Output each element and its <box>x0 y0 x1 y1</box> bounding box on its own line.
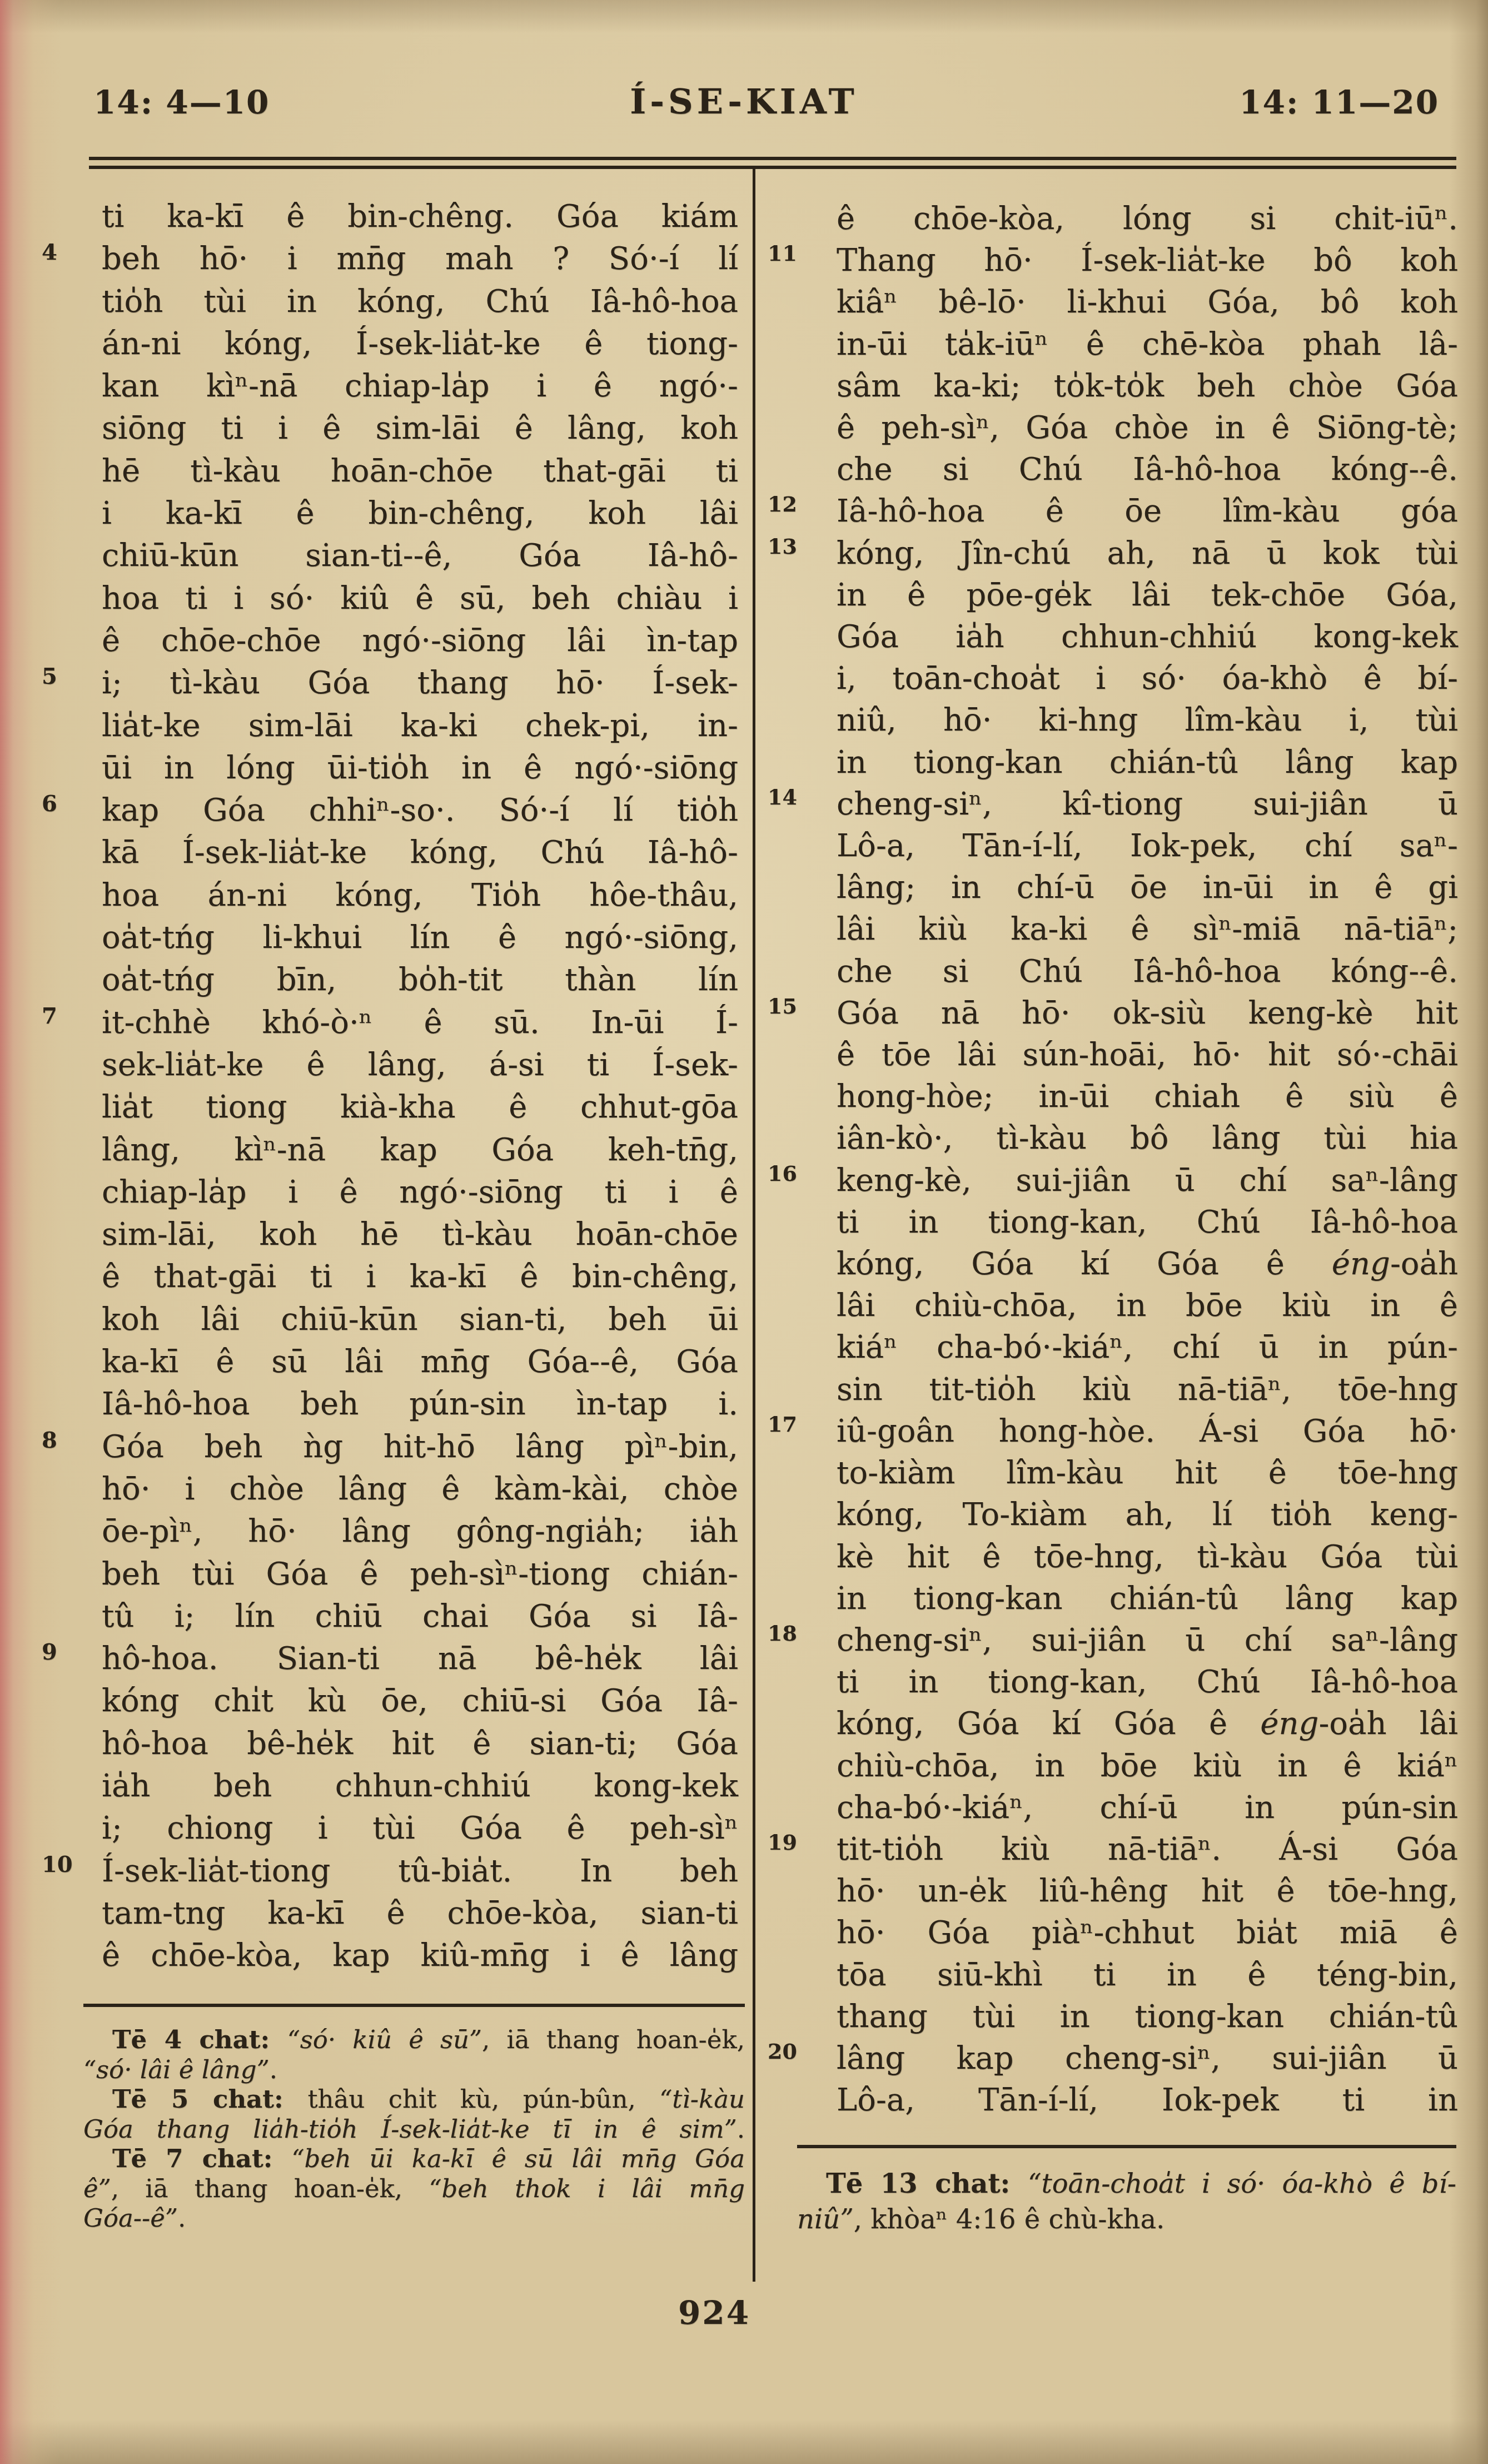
footnote-line: Tē 5 chat: thâu chi̍t kù, pún-bûn, “tì-k… <box>83 2084 745 2114</box>
line-text: kóng, Góa kí Góa ê éng-oa̍h lâi <box>837 1706 1458 1742</box>
scanned-bible-page: 14: 4—10 Í-SE-KIAT 14: 11—20 ti ka-kī ê … <box>0 0 1488 2464</box>
text-segment: thâu chi̍t kù, pún-bûn, <box>307 2084 659 2114</box>
line-text: hô-hoa. Sian-ti nā bê-he̍k lâi <box>102 1641 738 1677</box>
line-text: Góa--ê”. <box>83 2203 186 2233</box>
line-text: kè hit ê tōe-hng, tì-kàu Góa tùi <box>837 1539 1458 1575</box>
text-line: hoa án-ni kóng, Tio̍h hôe-thâu, <box>102 875 738 917</box>
verse-number: 6 <box>42 793 91 815</box>
text-line: sâm ka-ki; to̍k-to̍k beh chòe Góa <box>837 365 1458 407</box>
text-line: 14cheng-siⁿ, kî-tiong sui-jiân ū <box>837 783 1458 825</box>
verse-number: 16 <box>768 1163 823 1184</box>
text-line: kiâⁿ bê-lō· li-khui Góa, bô koh <box>837 281 1458 323</box>
text-line: hō· i chòe lâng ê kàm-kài, chòe <box>102 1468 738 1511</box>
text-line: ōe-pìⁿ, hō· lâng gông-ngia̍h; ia̍h <box>102 1511 738 1553</box>
line-text: keng-kè, sui-jiân ū chí saⁿ-lâng <box>837 1163 1458 1199</box>
line-text: hō· Góa piàⁿ-chhut bia̍t miā ê <box>837 1915 1458 1951</box>
text-line: lia̍t tiong kià-kha ê chhut-gōa <box>102 1086 738 1129</box>
line-text: ê chōe-chōe ngó·-siōng lâi ìn-tap <box>102 623 738 659</box>
text-line: in-ūi ta̍k-iūⁿ ê chē-kòa phah lâ- <box>837 324 1458 365</box>
line-text: Iâ-hô-hoa beh pún-sin ìn-tap i. <box>102 1386 738 1422</box>
line-text: chiap-la̍p i ê ngó·-siōng ti i ê <box>102 1174 738 1210</box>
text-line: lâng; in chí-ū ōe in-ūi in ê gi <box>837 867 1458 908</box>
text-line: 17iû-goân hong-hòe. Á-si Góa hō· <box>837 1410 1458 1452</box>
line-text: tit-tio̍h kiù nā-tiāⁿ. Á-si Góa <box>837 1831 1458 1867</box>
line-text: siōng ti i ê sim-lāi ê lâng, koh <box>102 410 738 446</box>
line-text: tio̍h tùi in kóng, Chú Iâ-hô-hoa <box>102 284 738 320</box>
line-text: tam-tng ka-kī ê chōe-kòa, sian-ti <box>102 1895 738 1931</box>
line-text: Tē 5 chat: thâu chi̍t kù, pún-bûn, “tì-k… <box>112 2084 745 2114</box>
line-text: ōe-pìⁿ, hō· lâng gông-ngia̍h; ia̍h <box>102 1513 738 1549</box>
footnote-line: Tē 13 chat: “toān-choa̍t i só· óa-khò ê … <box>797 2166 1456 2202</box>
line-text: Tē 7 chat: “beh ūi ka-kī ê sū lâi mn̄g G… <box>112 2144 745 2173</box>
line-text: kóng chi̍t kù ōe, chiū-si Góa Iâ- <box>102 1683 738 1719</box>
line-text: hô-hoa bê-he̍k hit ê sian-ti; Góa <box>102 1726 738 1762</box>
right-footnote-separator <box>797 2145 1456 2148</box>
line-text: ūi in lóng ūi-tio̍h in ê ngó·-siōng <box>102 750 738 786</box>
italic-text-segment: ê” <box>83 2174 111 2203</box>
line-text: kóng, Góa kí Góa ê éng-oa̍h <box>837 1246 1458 1282</box>
line-text: Tē 4 chat: “só· kiû ê sū”, iā thang hoan… <box>112 2025 745 2054</box>
text-line: sek-lia̍t-ke ê lâng, á-si ti Í-sek- <box>102 1044 738 1086</box>
text-line: Iâ-hô-hoa beh pún-sin ìn-tap i. <box>102 1383 738 1425</box>
verse-number: 10 <box>42 1854 91 1876</box>
text-line: ê that-gāi ti i ka-kī ê bin-chêng, <box>102 1256 738 1298</box>
line-text: “só· lâi ê lâng”. <box>83 2055 277 2084</box>
verse-number: 15 <box>768 996 823 1017</box>
text-line: tû i; lín chiū chai Góa si Iâ- <box>102 1596 738 1638</box>
line-text: ti ka-kī ê bin-chêng. Góa kiám <box>102 198 738 235</box>
line-text: in tiong-kan chián-tû lâng kap <box>837 1581 1458 1617</box>
verse-number: 13 <box>768 536 823 557</box>
verse-number: 20 <box>768 2041 823 2062</box>
text-line: 10Í-sek-lia̍t-tiong tû-bia̍t. In beh <box>102 1850 738 1892</box>
footnote-line: Góa thang lia̍h-tio̍h Í-sek-lia̍t-ke tī … <box>83 2114 745 2144</box>
line-text: i ka-kī ê bin-chêng, koh lâi <box>102 495 738 531</box>
line-text: ê chōe-kòa, lóng si chit-iūⁿ. <box>837 201 1458 237</box>
line-text: lâng kap cheng-siⁿ, sui-jiân ū <box>837 2040 1458 2076</box>
line-text: Góa nā hō· ok-siù keng-kè hit <box>837 995 1458 1031</box>
text-line: kè hit ê tōe-hng, tì-kàu Góa tùi <box>837 1536 1458 1578</box>
line-text: lâng; in chí-ū ōe in-ūi in ê gi <box>837 870 1458 906</box>
text-line: kóng chi̍t kù ōe, chiū-si Góa Iâ- <box>102 1680 738 1722</box>
text-line: 7it-chhè khó-ò·ⁿ ê sū. In-ūi Í- <box>102 1002 738 1044</box>
verse-number: 7 <box>42 1005 91 1027</box>
line-text: ê”, iā thang hoan-e̍k, “beh thok i lâi m… <box>83 2174 745 2203</box>
line-text: chiù-chōa, in bōe kiù in ê kiáⁿ <box>837 1748 1458 1784</box>
line-text: Tē 13 chat: “toān-choa̍t i só· óa-khò ê … <box>826 2168 1456 2199</box>
line-text: in ê pōe-ge̍k lâi tek-chōe Góa, <box>837 577 1458 613</box>
verse-number: 14 <box>768 787 823 808</box>
text-line: ti in tiong-kan, Chú Iâ-hô-hoa <box>837 1661 1458 1703</box>
verse-number: 11 <box>768 243 823 264</box>
text-segment: Tē 5 chat: <box>112 2084 307 2114</box>
verse-number: 17 <box>768 1414 823 1435</box>
text-line: kóng, Góa kí Góa ê éng-oa̍h <box>837 1243 1458 1285</box>
line-text: iân-kò·, tì-kàu bô lâng tùi hia <box>837 1120 1458 1156</box>
text-segment: , iā thang hoan-e̍k, <box>111 2174 429 2203</box>
text-segment: , iā thang hoan-e̍k, <box>482 2025 745 2054</box>
line-text: sin tit-tio̍h kiù nā-tiāⁿ, tōe-hng <box>837 1372 1458 1408</box>
text-line: chiap-la̍p i ê ngó·-siōng ti i ê <box>102 1171 738 1214</box>
line-text: Iâ-hô-hoa ê ōe lîm-kàu góa <box>837 493 1458 529</box>
line-text: ê peh-sìⁿ, Góa chòe in ê Siōng-tè; <box>837 410 1458 446</box>
line-text: cha-bó·-kiáⁿ, chí-ū in pún-sin <box>837 1790 1458 1826</box>
text-line: 9hô-hoa. Sian-ti nā bê-he̍k lâi <box>102 1638 738 1680</box>
text-line: in tiong-kan chián-tû lâng kap <box>837 1578 1458 1620</box>
line-text: hong-hòe; in-ūi chiah ê siù ê <box>837 1079 1458 1115</box>
line-text: tōa siū-khì ti in ê téng-bin, <box>837 1957 1458 1993</box>
text-segment: . <box>737 2114 745 2144</box>
text-line: sim-lāi, koh hē tì-kàu hoān-chōe <box>102 1214 738 1256</box>
line-text: che si Chú Iâ-hô-hoa kóng--ê. <box>837 451 1458 488</box>
verse-number: 9 <box>42 1641 91 1663</box>
verse-number: 4 <box>42 241 91 264</box>
line-text: Thang hō· Í-sek-lia̍t-ke bô koh <box>837 242 1458 279</box>
line-text: Lô-a, Tān-í-lí, Iok-pek, chí saⁿ- <box>837 828 1458 864</box>
line-text: Í-sek-lia̍t-tiong tû-bia̍t. In beh <box>102 1853 738 1889</box>
text-line: hē tì-kàu hoān-chōe that-gāi ti <box>102 450 738 493</box>
italic-text-segment: Góa--ê” <box>83 2203 178 2233</box>
text-line: i, toān-choa̍t i só· óa-khò ê bí- <box>837 658 1458 699</box>
line-text: cheng-siⁿ, sui-jiân ū chí saⁿ-lâng <box>837 1622 1458 1658</box>
text-line: hô-hoa bê-he̍k hit ê sian-ti; Góa <box>102 1723 738 1765</box>
text-line: ūi in lóng ūi-tio̍h in ê ngó·-siōng <box>102 747 738 789</box>
line-text: beh hō· i mn̄g mah ? Só·-í lí <box>102 241 738 277</box>
line-text: ka-kī ê sū lâi mn̄g Góa--ê, Góa <box>102 1344 738 1380</box>
line-text: kóng, To-kiàm ah, lí tio̍h keng- <box>837 1497 1458 1533</box>
text-line: hō· Góa piàⁿ-chhut bia̍t miā ê <box>837 1912 1458 1954</box>
text-line: ka-kī ê sū lâi mn̄g Góa--ê, Góa <box>102 1341 738 1383</box>
line-text: it-chhè khó-ò·ⁿ ê sū. In-ūi Í- <box>102 1005 738 1041</box>
text-line: oa̍t-tńg li-khui lín ê ngó·-siōng, <box>102 917 738 959</box>
italic-text-segment: éng <box>1332 1246 1390 1282</box>
text-line: 20lâng kap cheng-siⁿ, sui-jiân ū <box>837 2038 1458 2079</box>
line-text: kiâⁿ bê-lō· li-khui Góa, bô koh <box>837 284 1458 320</box>
text-line: to-kiàm lîm-kàu hit ê tōe-hng <box>837 1452 1458 1494</box>
text-line: kā Í-sek-lia̍t-ke kóng, Chú Iâ-hô- <box>102 832 738 874</box>
italic-text-segment: Góa thang lia̍h-tio̍h Í-sek-lia̍t-ke tī … <box>83 2114 737 2144</box>
text-line: án-ni kóng, Í-sek-lia̍t-ke ê tiong- <box>102 323 738 365</box>
line-text: sâm ka-ki; to̍k-to̍k beh chòe Góa <box>837 368 1458 404</box>
text-segment: kóng, Góa kí Góa ê <box>837 1706 1260 1742</box>
line-text: in-ūi ta̍k-iūⁿ ê chē-kòa phah lâ- <box>837 326 1458 362</box>
text-line: che si Chú Iâ-hô-hoa kóng--ê. <box>837 951 1458 992</box>
line-text: án-ni kóng, Í-sek-lia̍t-ke ê tiong- <box>102 326 738 362</box>
line-text: Góa thang lia̍h-tio̍h Í-sek-lia̍t-ke tī … <box>83 2114 745 2144</box>
text-line: in tiong-kan chián-tû lâng kap <box>837 742 1458 783</box>
text-line: oa̍t-tńg bīn, bo̍h-tit thàn lín <box>102 959 738 1001</box>
left-footnotes: Tē 4 chat: “só· kiû ê sū”, iā thang hoan… <box>83 2025 745 2233</box>
text-line: ê chōe-kòa, lóng si chit-iūⁿ. <box>837 198 1458 240</box>
line-text: kan kìⁿ-nā chiap-la̍p i ê ngó·- <box>102 368 738 404</box>
line-text: hō· un-e̍k liû-hêng hit ê tōe-hng, <box>837 1873 1458 1909</box>
line-text: ê that-gāi ti i ka-kī ê bin-chêng, <box>102 1259 738 1295</box>
text-line: kiáⁿ cha-bó·-kiáⁿ, chí ū in pún- <box>837 1327 1458 1368</box>
footnote-line: Góa--ê”. <box>83 2203 745 2233</box>
text-line: kan kìⁿ-nā chiap-la̍p i ê ngó·- <box>102 365 738 408</box>
text-line: niû, hō· ki-hng lîm-kàu i, tùi <box>837 699 1458 741</box>
text-line: lâng, kìⁿ-nā kap Góa keh-tn̄g, <box>102 1129 738 1171</box>
text-line: ti ka-kī ê bin-chêng. Góa kiám <box>102 196 738 238</box>
line-text: lâi kiù ka-ki ê sìⁿ-miā nā-tiāⁿ; <box>837 911 1458 947</box>
text-line: kóng, Góa kí Góa ê éng-oa̍h lâi <box>837 1703 1458 1745</box>
line-text: i, toān-choa̍t i só· óa-khò ê bí- <box>837 660 1458 697</box>
text-line: beh tùi Góa ê peh-sìⁿ-tiong chián- <box>102 1553 738 1596</box>
left-text-column: ti ka-kī ê bin-chêng. Góa kiám4beh hō· i… <box>102 196 738 1977</box>
italic-text-segment: “beh ūi ka-kī ê sū lâi mn̄g Góa <box>291 2144 745 2173</box>
text-line: lia̍t-ke sim-lāi ka-ki chek-pi, in- <box>102 705 738 747</box>
text-line: hō· un-e̍k liû-hêng hit ê tōe-hng, <box>837 1870 1458 1912</box>
text-line: Lô-a, Tān-í-lí, Iok-pek, chí saⁿ- <box>837 825 1458 867</box>
text-segment: Tē 7 chat: <box>112 2144 291 2173</box>
text-line: Lô-a, Tān-í-lí, Iok-pek ti in <box>837 2079 1458 2121</box>
line-text: ti in tiong-kan, Chú Iâ-hô-hoa <box>837 1204 1458 1240</box>
text-line: hong-hòe; in-ūi chiah ê siù ê <box>837 1076 1458 1117</box>
right-footnotes: Tē 13 chat: “toān-choa̍t i só· óa-khò ê … <box>797 2166 1456 2237</box>
line-text: lâng, kìⁿ-nā kap Góa keh-tn̄g, <box>102 1132 738 1168</box>
line-text: ti in tiong-kan, Chú Iâ-hô-hoa <box>837 1664 1458 1700</box>
text-line: tam-tng ka-kī ê chōe-kòa, sian-ti <box>102 1892 738 1935</box>
text-line: ia̍h beh chhun-chhiú kong-kek <box>102 1765 738 1807</box>
header-verse-range-right: 14: 11—20 <box>1239 83 1439 121</box>
line-text: kóng, Jîn-chú ah, nā ū kok tùi <box>837 535 1458 572</box>
line-text: hō· i chòe lâng ê kàm-kài, chòe <box>102 1471 738 1507</box>
text-line: tōa siū-khì ti in ê téng-bin, <box>837 1954 1458 1996</box>
text-line: lâi kiù ka-ki ê sìⁿ-miā nā-tiāⁿ; <box>837 908 1458 950</box>
text-line: 16keng-kè, sui-jiân ū chí saⁿ-lâng <box>837 1160 1458 1201</box>
line-text: to-kiàm lîm-kàu hit ê tōe-hng <box>837 1455 1458 1491</box>
text-line: 18cheng-siⁿ, sui-jiân ū chí saⁿ-lâng <box>837 1620 1458 1661</box>
line-text: cheng-siⁿ, kî-tiong sui-jiân ū <box>837 786 1458 822</box>
text-segment: -oa̍h lâi <box>1318 1706 1458 1742</box>
text-segment: . <box>270 2055 277 2084</box>
text-line: koh lâi chiū-kūn sian-ti, beh ūi <box>102 1299 738 1341</box>
text-line: ê tōe lâi sún-hoāi, hō· hit só·-chāi <box>837 1034 1458 1076</box>
text-segment: -oa̍h <box>1390 1246 1458 1282</box>
line-text: Lô-a, Tān-í-lí, Iok-pek ti in <box>837 2082 1458 2118</box>
column-divider-rule <box>753 169 755 2282</box>
line-text: niû, hō· ki-hng lîm-kàu i, tùi <box>837 702 1458 738</box>
italic-text-segment: “só· lâi ê lâng” <box>83 2055 270 2084</box>
text-line: ti in tiong-kan, Chú Iâ-hô-hoa <box>837 1201 1458 1243</box>
text-line: Góa ia̍h chhun-chhiú kong-kek <box>837 616 1458 658</box>
line-text: hē tì-kàu hoān-chōe that-gāi ti <box>102 453 738 489</box>
text-segment: . <box>178 2203 186 2233</box>
line-text: hoa ti i só· kiû ê sū, beh chiàu i <box>102 580 738 617</box>
line-text: i; chiong i tùi Góa ê peh-sìⁿ <box>102 1810 738 1846</box>
italic-text-segment: “só· kiû ê sū” <box>287 2025 482 2054</box>
line-text: kiáⁿ cha-bó·-kiáⁿ, chí ū in pún- <box>837 1329 1458 1365</box>
verse-number: 8 <box>42 1429 91 1452</box>
line-text: hoa án-ni kóng, Tio̍h hôe-thâu, <box>102 877 738 913</box>
line-text: beh tùi Góa ê peh-sìⁿ-tiong chián- <box>102 1556 738 1592</box>
text-line: ê chōe-chōe ngó·-siōng lâi ìn-tap <box>102 620 738 662</box>
text-line: iân-kò·, tì-kàu bô lâng tùi hia <box>837 1117 1458 1159</box>
footnote-line: Tē 7 chat: “beh ūi ka-kī ê sū lâi mn̄g G… <box>83 2144 745 2174</box>
text-segment: Tē 4 chat: <box>112 2025 287 2054</box>
italic-text-segment: “tì-kàu <box>659 2084 745 2114</box>
text-line: kóng, To-kiàm ah, lí tio̍h keng- <box>837 1494 1458 1536</box>
line-text: tû i; lín chiū chai Góa si Iâ- <box>102 1598 738 1635</box>
text-line: 19tit-tio̍h kiù nā-tiāⁿ. Á-si Góa <box>837 1829 1458 1870</box>
header-double-rule <box>89 157 1456 169</box>
line-text: i; tì-kàu Góa thang hō· Í-sek- <box>102 665 738 701</box>
text-line: siōng ti i ê sim-lāi ê lâng, koh <box>102 408 738 450</box>
line-text: ia̍h beh chhun-chhiú kong-kek <box>102 1768 738 1804</box>
line-text: oa̍t-tńg li-khui lín ê ngó·-siōng, <box>102 920 738 956</box>
italic-text-segment: “toān-choa̍t i só· óa-khò ê bí- <box>1028 2168 1456 2199</box>
right-text-column: ê chōe-kòa, lóng si chit-iūⁿ.11Thang hō·… <box>837 198 1458 2121</box>
line-text: sek-lia̍t-ke ê lâng, á-si ti Í-sek- <box>102 1047 738 1083</box>
text-line: lâi chiù-chōa, in bōe kiù in ê <box>837 1285 1458 1327</box>
italic-text-segment: niû” <box>797 2204 854 2235</box>
text-line: cha-bó·-kiáⁿ, chí-ū in pún-sin <box>837 1787 1458 1829</box>
text-line: sin tit-tio̍h kiù nā-tiāⁿ, tōe-hng <box>837 1369 1458 1410</box>
line-text: in tiong-kan chián-tû lâng kap <box>837 744 1458 781</box>
text-line: 4beh hō· i mn̄g mah ? Só·-í lí <box>102 238 738 280</box>
footnote-line: niû”, khòaⁿ 4:16 ê chù-kha. <box>797 2202 1456 2237</box>
verse-number: 18 <box>768 1623 823 1644</box>
line-text: Góa beh ǹg hit-hō lâng pìⁿ-bin, <box>102 1429 738 1465</box>
line-text: Góa ia̍h chhun-chhiú kong-kek <box>837 619 1458 655</box>
text-line: tio̍h tùi in kóng, Chú Iâ-hô-hoa <box>102 281 738 323</box>
line-text: thang tùi in tiong-kan chián-tû <box>837 1999 1458 2035</box>
text-line: 15Góa nā hō· ok-siù keng-kè hit <box>837 992 1458 1034</box>
text-segment: Tē 13 chat: <box>826 2168 1028 2199</box>
line-text: ê tōe lâi sún-hoāi, hō· hit só·-chāi <box>837 1037 1458 1073</box>
line-text: lia̍t tiong kià-kha ê chhut-gōa <box>102 1089 738 1125</box>
line-text: sim-lāi, koh hē tì-kàu hoān-chōe <box>102 1216 738 1253</box>
italic-text-segment: “beh thok i lâi mn̄g <box>429 2174 745 2203</box>
text-line: che si Chú Iâ-hô-hoa kóng--ê. <box>837 449 1458 490</box>
text-segment: , khòaⁿ 4:16 ê chù-kha. <box>854 2204 1165 2235</box>
text-line: thang tùi in tiong-kan chián-tû <box>837 1996 1458 2038</box>
text-line: in ê pōe-ge̍k lâi tek-chōe Góa, <box>837 574 1458 616</box>
text-line: ê chōe-kòa, kap kiû-mn̄g i ê lâng <box>102 1935 738 1977</box>
left-footnote-separator <box>83 2004 745 2007</box>
footnote-line: Tē 4 chat: “só· kiû ê sū”, iā thang hoan… <box>83 2025 745 2055</box>
italic-text-segment: éng <box>1260 1706 1318 1742</box>
text-line: ê peh-sìⁿ, Góa chòe in ê Siōng-tè; <box>837 407 1458 449</box>
footnote-line: “só· lâi ê lâng”. <box>83 2055 745 2085</box>
text-line: chiū-kūn sian-ti--ê, Góa Iâ-hô- <box>102 535 738 577</box>
text-line: 6kap Góa chhiⁿ-so·. Só·-í lí tio̍h <box>102 789 738 832</box>
line-text: kā Í-sek-lia̍t-ke kóng, Chú Iâ-hô- <box>102 834 738 871</box>
line-text: che si Chú Iâ-hô-hoa kóng--ê. <box>837 953 1458 990</box>
line-text: niû”, khòaⁿ 4:16 ê chù-kha. <box>797 2204 1164 2235</box>
text-line: 11Thang hō· Í-sek-lia̍t-ke bô koh <box>837 240 1458 281</box>
line-text: ê chōe-kòa, kap kiû-mn̄g i ê lâng <box>102 1938 738 1974</box>
text-line: 13kóng, Jîn-chú ah, nā ū kok tùi <box>837 533 1458 574</box>
line-text: chiū-kūn sian-ti--ê, Góa Iâ-hô- <box>102 538 738 574</box>
text-line: 8Góa beh ǹg hit-hō lâng pìⁿ-bin, <box>102 1426 738 1468</box>
verse-number: 19 <box>768 1832 823 1853</box>
text-line: i; chiong i tùi Góa ê peh-sìⁿ <box>102 1807 738 1850</box>
line-text: lia̍t-ke sim-lāi ka-ki chek-pi, in- <box>102 708 738 744</box>
text-line: 5i; tì-kàu Góa thang hō· Í-sek- <box>102 662 738 704</box>
line-text: koh lâi chiū-kūn sian-ti, beh ūi <box>102 1301 738 1338</box>
verse-number: 12 <box>768 494 823 515</box>
verse-number: 5 <box>42 665 91 688</box>
text-line: chiù-chōa, in bōe kiù in ê kiáⁿ <box>837 1745 1458 1787</box>
text-segment: kóng, Góa kí Góa ê <box>837 1246 1332 1282</box>
line-text: iû-goân hong-hòe. Á-si Góa hō· <box>837 1413 1458 1449</box>
text-line: 12Iâ-hô-hoa ê ōe lîm-kàu góa <box>837 490 1458 532</box>
page-number: 924 <box>0 2294 1429 2332</box>
text-line: hoa ti i só· kiû ê sū, beh chiàu i <box>102 578 738 620</box>
footnote-line: ê”, iā thang hoan-e̍k, “beh thok i lâi m… <box>83 2174 745 2204</box>
line-text: kap Góa chhiⁿ-so·. Só·-í lí tio̍h <box>102 792 738 828</box>
text-line: i ka-kī ê bin-chêng, koh lâi <box>102 493 738 535</box>
line-text: lâi chiù-chōa, in bōe kiù in ê <box>837 1288 1458 1324</box>
line-text: oa̍t-tńg bīn, bo̍h-tit thàn lín <box>102 962 738 998</box>
